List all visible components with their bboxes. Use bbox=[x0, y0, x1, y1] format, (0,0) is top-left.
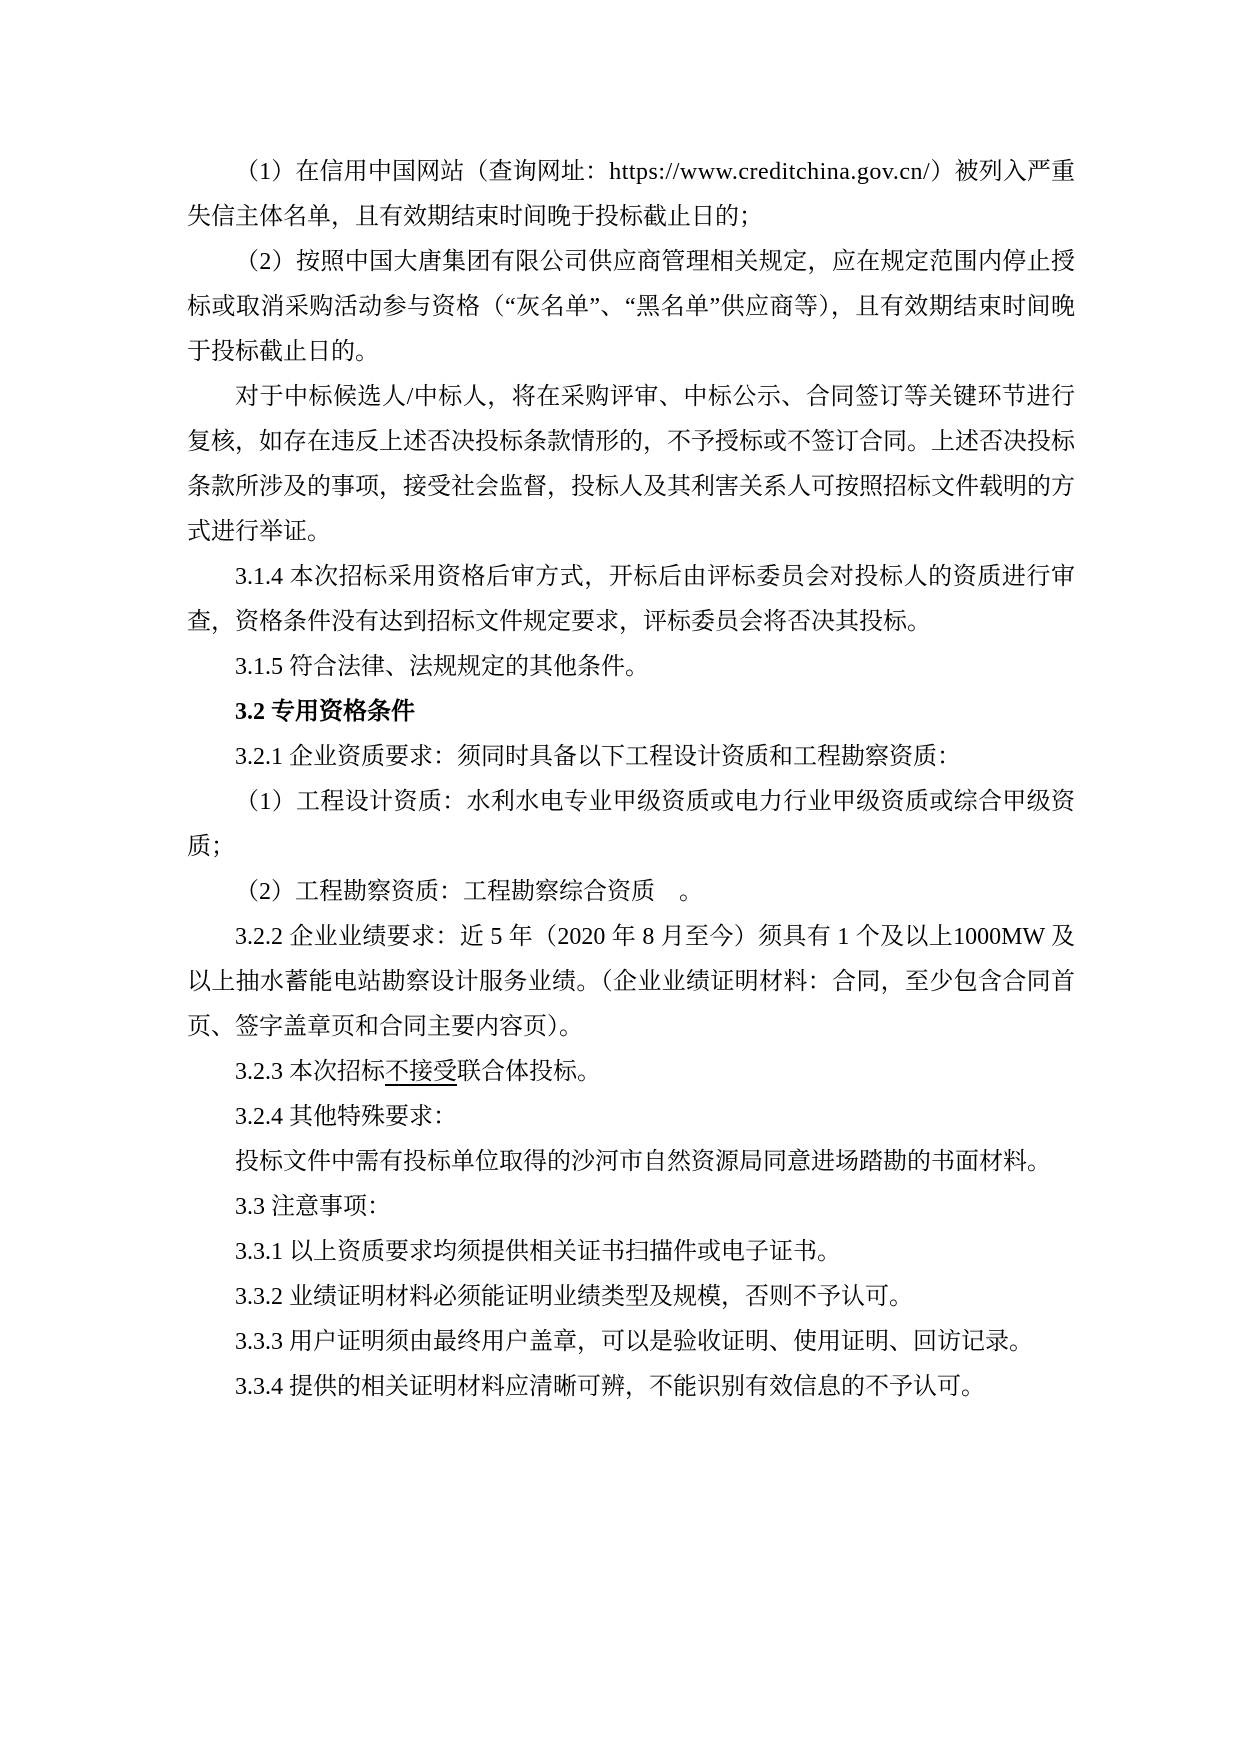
clause-3-1-5: 3.1.5 符合法律、法规规定的其他条件。 bbox=[187, 645, 1075, 690]
clause-3-2-3-prefix: 3.2.3 本次招标 bbox=[235, 1059, 385, 1085]
document-page: （1）在信用中国网站（查询网址：https://www.creditchina.… bbox=[0, 0, 1240, 1753]
clause-1-prefix: （1）在信用中国网站（查询网址： bbox=[235, 159, 609, 185]
no-consortium-underlined-text: 不接受 bbox=[385, 1059, 457, 1085]
item-survey-qualification: （2）工程勘察资质：工程勘察综合资质 。 bbox=[187, 870, 1075, 915]
clause-3-2-2: 3.2.2 企业业绩要求：近 5 年（2020 年 8 月至今）须具有 1 个及… bbox=[187, 915, 1075, 1050]
clause-3-1-4: 3.1.4 本次招标采用资格后审方式，开标后由评标委员会对投标人的资质进行审查，… bbox=[187, 555, 1075, 645]
item-design-qualification: （1）工程设计资质：水利水电专业甲级资质或电力行业甲级资质或综合甲级资质； bbox=[187, 780, 1075, 870]
site-survey-material-paragraph: 投标文件中需有投标单位取得的沙河市自然资源局同意进场踏勘的书面材料。 bbox=[187, 1140, 1075, 1185]
clause-3-2-1: 3.2.1 企业资质要求：须同时具备以下工程设计资质和工程勘察资质： bbox=[187, 735, 1075, 780]
clause-3-3-3: 3.3.3 用户证明须由最终用户盖章，可以是验收证明、使用证明、回访记录。 bbox=[187, 1320, 1075, 1365]
clause-1: （1）在信用中国网站（查询网址：https://www.creditchina.… bbox=[187, 150, 1075, 240]
clause-3-2-3-suffix: 联合体投标。 bbox=[457, 1059, 601, 1085]
review-paragraph: 对于中标候选人/中标人，将在采购评审、中标公示、合同签订等关键环节进行复核，如存… bbox=[187, 375, 1075, 555]
section-heading-3-3: 3.3 注意事项： bbox=[187, 1185, 1075, 1230]
section-heading-3-2: 3.2 专用资格条件 bbox=[187, 690, 1075, 735]
clause-3-2-4: 3.2.4 其他特殊要求： bbox=[187, 1095, 1075, 1140]
clause-2: （2）按照中国大唐集团有限公司供应商管理相关规定，应在规定范围内停止授标或取消采… bbox=[187, 240, 1075, 375]
clause-3-3-1: 3.3.1 以上资质要求均须提供相关证书扫描件或电子证书。 bbox=[187, 1230, 1075, 1275]
clause-3-2-3: 3.2.3 本次招标不接受联合体投标。 bbox=[187, 1050, 1075, 1095]
clause-3-3-2: 3.3.2 业绩证明材料必须能证明业绩类型及规模，否则不予认可。 bbox=[187, 1275, 1075, 1320]
clause-3-3-4: 3.3.4 提供的相关证明材料应清晰可辨，不能识别有效信息的不予认可。 bbox=[187, 1365, 1075, 1410]
credit-china-url-text: https://www.creditchina.gov.cn/ bbox=[609, 159, 930, 185]
document-body: （1）在信用中国网站（查询网址：https://www.creditchina.… bbox=[187, 150, 1075, 1410]
